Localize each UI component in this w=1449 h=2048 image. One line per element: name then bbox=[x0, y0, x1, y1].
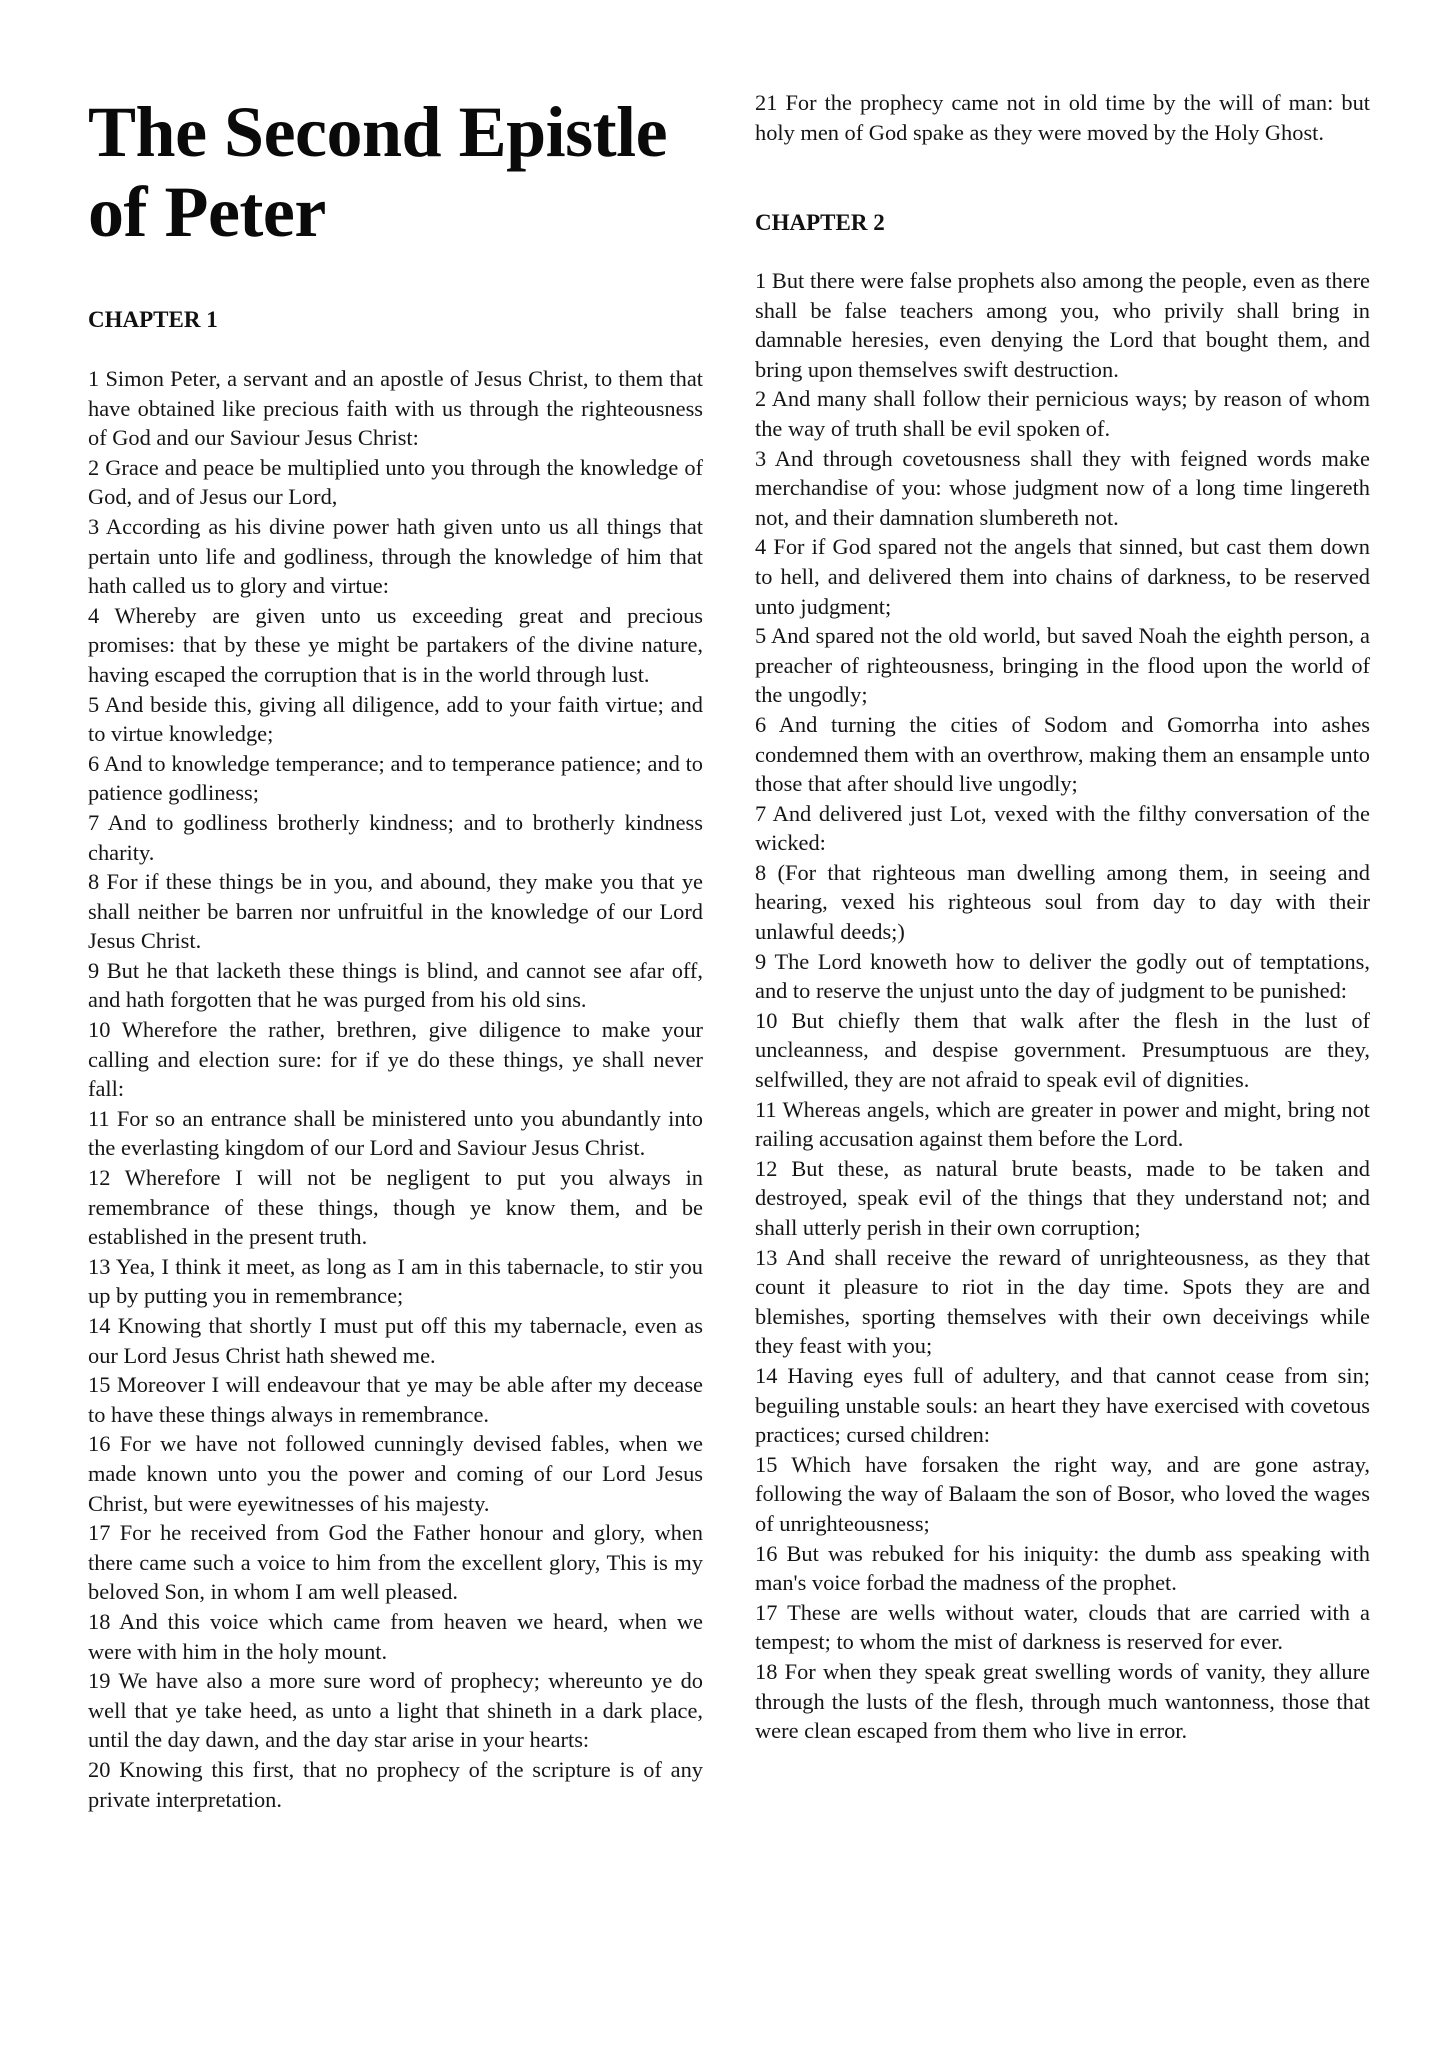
verse-number: 7 bbox=[755, 801, 766, 826]
verse-text: And turning the cities of Sodom and Gomo… bbox=[755, 712, 1370, 796]
verse-number: 13 bbox=[88, 1254, 110, 1279]
verse: 17 These are wells without water, clouds… bbox=[755, 1598, 1370, 1657]
verse: 1 But there were false prophets also amo… bbox=[755, 266, 1370, 384]
title-line-1: The Second Epistle bbox=[88, 92, 667, 172]
verse: 14 Knowing that shortly I must put off t… bbox=[88, 1311, 703, 1370]
verse: 7 And to godliness brotherly kindness; a… bbox=[88, 808, 703, 867]
verse-text: But these, as natural brute beasts, made… bbox=[755, 1156, 1370, 1240]
verse: 9 The Lord knoweth how to deliver the go… bbox=[755, 947, 1370, 1006]
chapter-1-verses-right: 21 For the prophecy came not in old time… bbox=[755, 88, 1370, 147]
verse: 21 For the prophecy came not in old time… bbox=[755, 88, 1370, 147]
verse-text: And delivered just Lot, vexed with the f… bbox=[755, 801, 1370, 856]
verse-number: 4 bbox=[88, 603, 99, 628]
verse-text: And through covetousness shall they with… bbox=[755, 446, 1370, 530]
verse-text: Having eyes full of adultery, and that c… bbox=[755, 1363, 1370, 1447]
verse: 16 But was rebuked for his iniquity: the… bbox=[755, 1539, 1370, 1598]
verse: 10 Wherefore the rather, brethren, give … bbox=[88, 1015, 703, 1104]
verse: 15 Which have forsaken the right way, an… bbox=[755, 1450, 1370, 1539]
verse-text: Whereby are given unto us exceeding grea… bbox=[88, 603, 703, 687]
verse: 12 Wherefore I will not be negligent to … bbox=[88, 1163, 703, 1252]
verse-text: For if God spared not the angels that si… bbox=[755, 534, 1370, 618]
verse: 20 Knowing this first, that no prophecy … bbox=[88, 1755, 703, 1814]
verse-number: 6 bbox=[755, 712, 766, 737]
verse-number: 18 bbox=[88, 1609, 110, 1634]
verse: 11 Whereas angels, which are greater in … bbox=[755, 1095, 1370, 1154]
verse: 19 We have also a more sure word of prop… bbox=[88, 1666, 703, 1755]
verse-text: Moreover I will endeavour that ye may be… bbox=[88, 1372, 703, 1427]
verse-text: (For that righteous man dwelling among t… bbox=[755, 860, 1370, 944]
verse-number: 14 bbox=[88, 1313, 110, 1338]
verse-text: For so an entrance shall be ministered u… bbox=[88, 1106, 703, 1161]
verse: 8 (For that righteous man dwelling among… bbox=[755, 858, 1370, 947]
verse-number: 13 bbox=[755, 1245, 777, 1270]
verse: 15 Moreover I will endeavour that ye may… bbox=[88, 1370, 703, 1429]
verse-number: 3 bbox=[88, 514, 99, 539]
verse-number: 8 bbox=[88, 869, 99, 894]
verse-number: 11 bbox=[755, 1097, 777, 1122]
verse-text: For we have not followed cunningly devis… bbox=[88, 1431, 703, 1515]
verse: 14 Having eyes full of adultery, and tha… bbox=[755, 1361, 1370, 1450]
verse-text: Grace and peace be multiplied unto you t… bbox=[88, 455, 703, 510]
verse-text: But there were false prophets also among… bbox=[755, 268, 1370, 382]
verse: 5 And beside this, giving all diligence,… bbox=[88, 690, 703, 749]
verse-text: And to knowledge temperance; and to temp… bbox=[88, 751, 703, 806]
verse-text: And this voice which came from heaven we… bbox=[88, 1609, 703, 1664]
chapter-1-verses-left: 1 Simon Peter, a servant and an apostle … bbox=[88, 364, 703, 1814]
verse-number: 3 bbox=[755, 446, 766, 471]
verse-text: Wherefore I will not be negligent to put… bbox=[88, 1165, 703, 1249]
verse-number: 15 bbox=[755, 1452, 777, 1477]
verse-number: 11 bbox=[88, 1106, 110, 1131]
verse-number: 17 bbox=[755, 1600, 777, 1625]
verse-text: These are wells without water, clouds th… bbox=[755, 1600, 1370, 1655]
verse-text: But he that lacketh these things is blin… bbox=[88, 958, 703, 1013]
verse-number: 16 bbox=[88, 1431, 110, 1456]
verse-text: According as his divine power hath given… bbox=[88, 514, 703, 598]
verse-text: And spared not the old world, but saved … bbox=[755, 623, 1370, 707]
verse-number: 2 bbox=[88, 455, 99, 480]
verse-number: 2 bbox=[755, 386, 766, 411]
verse-text: And to godliness brotherly kindness; and… bbox=[88, 810, 703, 865]
verse: 1 Simon Peter, a servant and an apostle … bbox=[88, 364, 703, 453]
verse-number: 10 bbox=[88, 1017, 110, 1042]
verse: 8 For if these things be in you, and abo… bbox=[88, 867, 703, 956]
verse: 7 And delivered just Lot, vexed with the… bbox=[755, 799, 1370, 858]
verse-text: Whereas angels, which are greater in pow… bbox=[755, 1097, 1370, 1152]
verse-text: But chiefly them that walk after the fle… bbox=[755, 1008, 1370, 1092]
verse-text: For if these things be in you, and aboun… bbox=[88, 869, 703, 953]
verse-number: 17 bbox=[88, 1520, 110, 1545]
verse: 16 For we have not followed cunningly de… bbox=[88, 1429, 703, 1518]
verse: 3 According as his divine power hath giv… bbox=[88, 512, 703, 601]
verse: 3 And through covetousness shall they wi… bbox=[755, 444, 1370, 533]
verse-number: 7 bbox=[88, 810, 99, 835]
verse-text: Knowing that shortly I must put off this… bbox=[88, 1313, 703, 1368]
verse-number: 15 bbox=[88, 1372, 110, 1397]
verse-number: 21 bbox=[755, 90, 777, 115]
verse-text: Simon Peter, a servant and an apostle of… bbox=[88, 366, 703, 450]
verse-number: 9 bbox=[755, 949, 766, 974]
verse-text: We have also a more sure word of prophec… bbox=[88, 1668, 703, 1752]
verse-number: 4 bbox=[755, 534, 766, 559]
verse-number: 14 bbox=[755, 1363, 777, 1388]
verse-number: 6 bbox=[88, 751, 99, 776]
verse-text: Knowing this first, that no prophecy of … bbox=[88, 1757, 703, 1812]
verse: 4 Whereby are given unto us exceeding gr… bbox=[88, 601, 703, 690]
title-line-2: of Peter bbox=[88, 172, 326, 252]
verse-text: Which have forsaken the right way, and a… bbox=[755, 1452, 1370, 1536]
verse: 13 Yea, I think it meet, as long as I am… bbox=[88, 1252, 703, 1311]
verse-number: 20 bbox=[88, 1757, 110, 1782]
verse-number: 16 bbox=[755, 1541, 777, 1566]
verse-text: For the prophecy came not in old time by… bbox=[755, 90, 1370, 145]
verse: 11 For so an entrance shall be ministere… bbox=[88, 1104, 703, 1163]
chapter-2-heading: CHAPTER 2 bbox=[755, 209, 885, 237]
verse-text: Wherefore the rather, brethren, give dil… bbox=[88, 1017, 703, 1101]
verse-number: 1 bbox=[755, 268, 766, 293]
verse-number: 5 bbox=[755, 623, 766, 648]
verse: 10 But chiefly them that walk after the … bbox=[755, 1006, 1370, 1095]
verse-number: 9 bbox=[88, 958, 99, 983]
verse: 18 For when they speak great swelling wo… bbox=[755, 1657, 1370, 1746]
verse: 6 And turning the cities of Sodom and Go… bbox=[755, 710, 1370, 799]
verse: 2 Grace and peace be multiplied unto you… bbox=[88, 453, 703, 512]
verse-text: And beside this, giving all diligence, a… bbox=[88, 692, 703, 747]
verse-text: For when they speak great swelling words… bbox=[755, 1659, 1370, 1743]
verse-number: 18 bbox=[755, 1659, 777, 1684]
document-page: The Second Epistle of Peter CHAPTER 1 1 … bbox=[0, 0, 1449, 2048]
verse-number: 12 bbox=[755, 1156, 777, 1181]
verse-number: 19 bbox=[88, 1668, 110, 1693]
verse-number: 10 bbox=[755, 1008, 777, 1033]
verse-text: The Lord knoweth how to deliver the godl… bbox=[755, 949, 1370, 1004]
verse: 9 But he that lacketh these things is bl… bbox=[88, 956, 703, 1015]
verse-number: 5 bbox=[88, 692, 99, 717]
verse-text: For he received from God the Father hono… bbox=[88, 1520, 703, 1604]
verse-text: But was rebuked for his iniquity: the du… bbox=[755, 1541, 1370, 1596]
verse-number: 8 bbox=[755, 860, 766, 885]
verse-text: Yea, I think it meet, as long as I am in… bbox=[88, 1254, 703, 1309]
verse: 13 And shall receive the reward of unrig… bbox=[755, 1243, 1370, 1361]
verse: 18 And this voice which came from heaven… bbox=[88, 1607, 703, 1666]
chapter-1-heading: CHAPTER 1 bbox=[88, 306, 218, 334]
verse-text: And many shall follow their pernicious w… bbox=[755, 386, 1370, 441]
document-title: The Second Epistle of Peter bbox=[88, 92, 728, 252]
verse: 4 For if God spared not the angels that … bbox=[755, 532, 1370, 621]
verse: 12 But these, as natural brute beasts, m… bbox=[755, 1154, 1370, 1243]
verse: 6 And to knowledge temperance; and to te… bbox=[88, 749, 703, 808]
verse-text: And shall receive the reward of unrighte… bbox=[755, 1245, 1370, 1359]
chapter-2-verses: 1 But there were false prophets also amo… bbox=[755, 266, 1370, 1746]
verse: 5 And spared not the old world, but save… bbox=[755, 621, 1370, 710]
verse-number: 1 bbox=[88, 366, 99, 391]
verse: 2 And many shall follow their pernicious… bbox=[755, 384, 1370, 443]
verse: 17 For he received from God the Father h… bbox=[88, 1518, 703, 1607]
verse-number: 12 bbox=[88, 1165, 110, 1190]
